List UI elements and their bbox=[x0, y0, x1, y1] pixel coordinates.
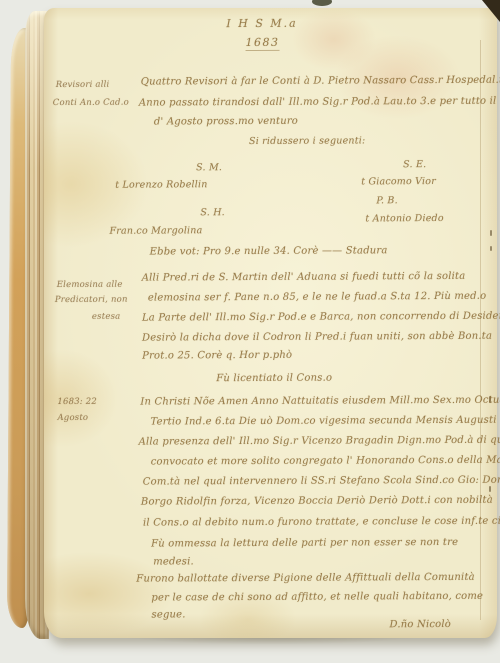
signature-name: t Giacomo Vior bbox=[361, 176, 436, 187]
entry3-line-3: Alla presenza dell' Ill.mo Sig.r Vicenzo… bbox=[139, 434, 500, 447]
margin-note-2-line-1: Elemosina alle bbox=[57, 280, 123, 290]
entry4-line-3: segue. bbox=[151, 609, 185, 620]
signature-initials: S. H. bbox=[200, 207, 225, 218]
signature-name: t Antonio Diedo bbox=[365, 213, 443, 224]
entry4-line-1: Furono ballottate diverse Pigione delle … bbox=[136, 572, 475, 585]
entry3-line-9: medesi. bbox=[153, 556, 194, 567]
header-year: 1683 bbox=[245, 36, 279, 51]
entry3-line-1: In Christi Nõe Amen Anno Nattuitatis eiu… bbox=[140, 395, 500, 408]
margin-note-1-line-2: Conti An.o Cad.o bbox=[53, 98, 129, 108]
signature-name: Fran.co Margolina bbox=[109, 225, 202, 236]
closing-signature: D.ño Nicolò bbox=[390, 619, 452, 630]
margin-note-1-line-1: Revisori alli bbox=[56, 80, 110, 90]
entry2-line-4: Desirò la dicha dove il Codron li Pred.i… bbox=[142, 331, 492, 344]
entry1-vote-tally: Ebbe vot: Pro 9.e nulle 34. Corè —— Stad… bbox=[150, 245, 388, 257]
entry1-centered-line: Si ridussero i seguenti: bbox=[249, 135, 365, 147]
entry2-line-1: Alli Pred.ri de S. Martin dell' Aduana s… bbox=[142, 271, 466, 284]
entry1-line-3: d' Agosto pross.mo venturo bbox=[154, 116, 298, 128]
entry2-line-3: La Parte dell' Ill.mo Sig.r Pod.e e Barc… bbox=[142, 311, 500, 324]
signature-initials: S. E. bbox=[403, 159, 426, 170]
margin-date-line-2: Agosto bbox=[57, 413, 88, 423]
entry2-line-5: Prot.o 25. Corè q. Hor p.phò bbox=[142, 350, 292, 362]
signature-initials: S. M. bbox=[196, 162, 222, 173]
entry3-line-2: Tertio Ind.e 6.ta Die uò Dom.co vigesima… bbox=[150, 415, 496, 428]
entry1-line-2: Anno passato tirandosi dall' Ill.mo Sig.… bbox=[139, 96, 500, 109]
entry3-line-5: Com.tà nel qual intervennero li SS.ri St… bbox=[143, 475, 500, 488]
handwriting-layer: I H S M.a 1683 Revisori alli Conti An.o … bbox=[0, 0, 500, 663]
margin-note-2-line-3: estesa bbox=[92, 312, 121, 322]
header-monogram: I H S M.a bbox=[226, 17, 297, 30]
margin-note-2-line-2: Predicatori, non bbox=[55, 295, 128, 305]
signature-initials: P. B. bbox=[376, 195, 398, 206]
entry3-line-7: il Cons.o al debito num.o furono trattat… bbox=[143, 516, 500, 529]
entry3-line-4: convocato et more solito congregato l' H… bbox=[151, 455, 500, 468]
entry3-line-6: Borgo Ridolfin forza, Vicenzo Boccia Der… bbox=[141, 495, 493, 508]
margin-date-line-1: 1683: 22 bbox=[57, 397, 97, 407]
entry3-line-8: Fù ommessa la lettura delle parti per no… bbox=[151, 537, 458, 550]
manuscript-photo: I H S M.a 1683 Revisori alli Conti An.o … bbox=[0, 0, 500, 663]
entry2-line-2: elemosina ser f. Pane n.o 85, e le ne le… bbox=[148, 291, 487, 304]
signature-name: t Lorenzo Robellin bbox=[115, 179, 207, 190]
entry4-line-2: per le case de chi sono ad affitto, et n… bbox=[151, 591, 483, 604]
entry2-centered-line: Fù licentiato il Cons.o bbox=[216, 373, 332, 385]
entry1-line-1: Quattro Revisori à far le Conti à D. Pie… bbox=[141, 75, 500, 88]
